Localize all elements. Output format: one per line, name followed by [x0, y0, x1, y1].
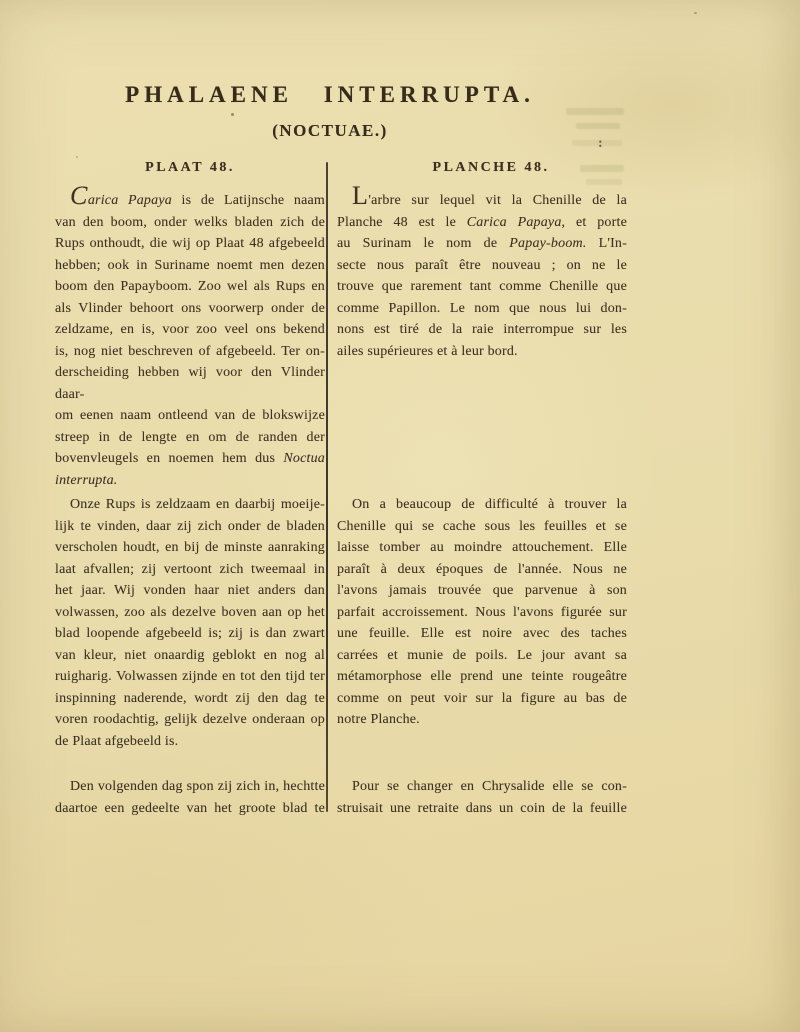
text-line: carrées et munie de poils. Le jour avant… [337, 645, 627, 667]
text-line: de Plaat afgebeeld is. [55, 731, 325, 753]
text-line: het jaar. Wij vonden haar niet anders da… [55, 580, 325, 602]
paragraph-french-2: On a beaucoup de difficulté à trouver la… [337, 494, 627, 752]
text-line: paraît à deux époques de l'année. Nous n… [337, 559, 627, 581]
show-through-text [586, 179, 622, 185]
text-line: is, nog niet beschreven of afgebeeld. Te… [55, 341, 325, 363]
text-line: au Surinam le nom de Papay-boom. L'In- [337, 233, 627, 255]
text-line: derscheiding hebben wij voor den Vlinder… [55, 362, 325, 405]
text-line: secte nous paraît être nouveau ; on ne l… [337, 255, 627, 277]
text-line: bovenvleugels en noemen hem dus Noctua [55, 448, 325, 470]
text-line: métamorphose elle prend une teinte rouge… [337, 666, 627, 688]
text-line: verscholen houdt, en bij de minste aanra… [55, 537, 325, 559]
text-line: zeldzame, en is, voor zoo veel ons beken… [55, 319, 325, 341]
text-line: voren roodachtig, gelijk dezelve onderaa… [55, 709, 325, 731]
text-line: Planche 48 est le Carica Papaya, et port… [337, 212, 627, 234]
text-line: Chenille qui se cache sous les feuilles … [337, 516, 627, 538]
text-line: daartoe een gedeelte van het groote blad… [55, 798, 325, 820]
text-line: laisse tomber au moindre attouchement. E… [337, 537, 627, 559]
paper-speck [231, 113, 234, 116]
text-line: lijk te vinden, daar zij zich onder de b… [55, 516, 325, 538]
show-through-text [566, 108, 624, 115]
text-line: On a beaucoup de difficulté à trouver la [337, 494, 627, 516]
french-column-heading: PLANCHE 48. [337, 160, 627, 178]
text-line: laat afvallen; zij vertoont zich tweemaa… [55, 559, 325, 581]
text-line: van kleur, niet onaardig geblokt en nog … [55, 645, 325, 667]
text-line: interrupta. [55, 470, 325, 492]
text-line: nons est tiré de la raie interrompue sur… [337, 319, 627, 341]
text-line: trouve que rarement tant comme Chenille … [337, 276, 627, 298]
text-line: van den boom, onder welks bladen zich de [55, 212, 325, 234]
text-line: blad loopende afgebeeld is; zij is dan z… [55, 623, 325, 645]
text-line: als Vlinder behoort ons voorwerp onder d… [55, 298, 325, 320]
text-line: notre Planche. [337, 709, 627, 731]
text-line: une feuille. Elle est noire avec des tac… [337, 623, 627, 645]
text-line: hebben; ook in Suriname noemt men dezen [55, 255, 325, 277]
paragraph-dutch-1: Carica Papaya is de Latijnsche naamvan d… [55, 190, 325, 470]
paper-speck [694, 12, 697, 14]
text-line: parfait accroissement. Nous l'avons figu… [337, 602, 627, 624]
paragraph-french-1: L'arbre sur lequel vit la Chenille de la… [337, 190, 627, 470]
show-through-text [572, 140, 622, 146]
paper-speck [76, 156, 78, 158]
page-title: PHALAENE INTERRUPTA. [30, 82, 630, 108]
text-line: struisait une retraite dans un coin de l… [337, 798, 627, 820]
text-line: Den volgenden dag spon zij zich in, hech… [55, 776, 325, 798]
text-line: Rups onthoudt, die wij op Plaat 48 afgeb… [55, 233, 325, 255]
text-line: Carica Papaya is de Latijnsche naam [55, 190, 325, 212]
text-line: volwassen, zoo als dezelve boven aan op … [55, 602, 325, 624]
paragraph-dutch-3: Den volgenden dag spon zij zich in, hech… [55, 776, 325, 819]
dutch-column-heading: PLAAT 48. [55, 160, 325, 178]
page-subtitle: (NOCTUAE.) [30, 121, 630, 141]
paragraph-french-3: Pour se changer en Chrysalide elle se co… [337, 776, 627, 819]
text-line: comme on peut voir sur la figure au bas … [337, 688, 627, 710]
text-line: streep in de lengte en om de randen der [55, 427, 325, 449]
paragraph-dutch-2: Onze Rups is zeldzaam en daarbij moeije-… [55, 494, 325, 752]
text-line: Onze Rups is zeldzaam en daarbij moeije- [55, 494, 325, 516]
text-line: Pour se changer en Chrysalide elle se co… [337, 776, 627, 798]
text-line: ruigharig. Volwassen zijnde en tot den t… [55, 666, 325, 688]
text-line: ailes supérieures et à leur bord. [337, 341, 627, 363]
text-line: om eenen naam ontleend van de blokswijze [55, 405, 325, 427]
text-line: L'arbre sur lequel vit la Chenille de la [337, 190, 627, 212]
text-line: l'avons jamais trouvée que parvenue à so… [337, 580, 627, 602]
text-line: inspinning naderende, wordt zij den dag … [55, 688, 325, 710]
text-line: comme Papillon. Le nom que nous lui don- [337, 298, 627, 320]
text-line: boom den Papayboom. Zoo wel als Rups en [55, 276, 325, 298]
show-through-text [576, 123, 620, 129]
book-page: PHALAENE INTERRUPTA. (NOCTUAE.) : PLAAT … [0, 0, 800, 1032]
two-column-text: Carica Papaya is de Latijnsche naamvan d… [55, 190, 627, 819]
stray-ink-mark: : [598, 136, 603, 152]
